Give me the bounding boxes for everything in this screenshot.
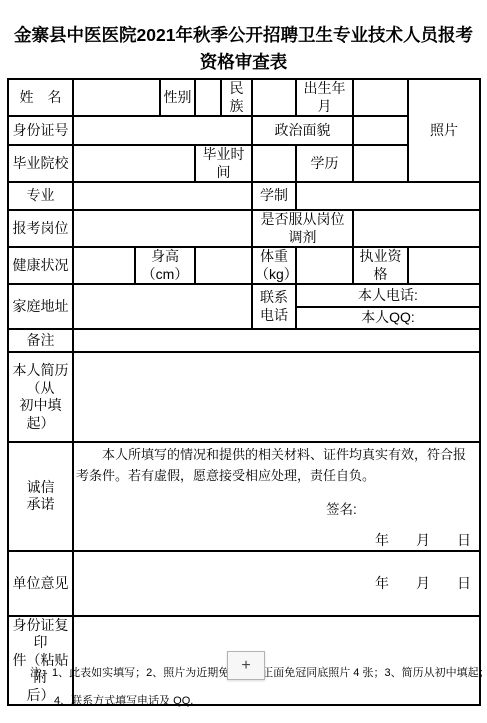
unit-opinion-content-cell: 年 月 日	[73, 551, 480, 616]
document-page: 金寨县中医医院2021年秋季公开招聘卫生专业技术人员报考 资格审查表 姓 名 性…	[0, 0, 487, 723]
schooling-length-value-cell	[296, 182, 480, 210]
home-address-label: 家庭地址	[8, 284, 73, 329]
political-status-value-cell	[353, 116, 408, 145]
integrity-date-line: 年 月 日	[76, 532, 477, 550]
id-number-label: 身份证号	[8, 116, 73, 145]
month-label: 月	[416, 575, 430, 593]
health-status-value-cell	[73, 247, 135, 284]
birth-date-label: 出生年月	[296, 79, 353, 116]
row-major: 专业 学制	[8, 182, 480, 210]
weight-label: 体重 （kg）	[252, 247, 296, 284]
birth-date-value-cell	[353, 79, 408, 116]
major-label: 专业	[8, 182, 73, 210]
unit-opinion-date-line: 年 月 日	[76, 575, 477, 593]
resume-value-cell	[73, 352, 480, 442]
name-label: 姓 名	[8, 79, 73, 116]
unit-opinion-label: 单位意见	[8, 551, 73, 616]
height-label: 身高（cm）	[135, 247, 195, 284]
title-line-2: 资格审查表	[0, 49, 487, 76]
education-value-cell	[353, 145, 408, 182]
graduate-school-label: 毕业院校	[8, 145, 73, 182]
day-label: 日	[457, 532, 471, 550]
graduation-time-value-cell	[252, 145, 296, 182]
applied-position-label: 报考岗位	[8, 210, 73, 247]
row-address-phone: 家庭地址 联系 电话 本人电话:	[8, 284, 480, 307]
plus-button[interactable]: +	[227, 651, 265, 680]
ethnicity-value-cell	[252, 79, 296, 116]
signature-label: 签名:	[76, 502, 477, 519]
personal-phone-cell: 本人电话:	[296, 284, 480, 307]
title-line-1: 金寨县中医医院2021年秋季公开招聘卫生专业技术人员报考	[0, 22, 487, 49]
year-label: 年	[375, 575, 389, 593]
row-remark: 备注	[8, 329, 480, 352]
gender-label: 性别	[160, 79, 195, 116]
practice-qualification-label: 执业资格	[353, 247, 408, 284]
id-number-value-cell	[73, 116, 252, 145]
schooling-length-label: 学制	[252, 182, 296, 210]
document-title: 金寨县中医医院2021年秋季公开招聘卫生专业技术人员报考 资格审查表	[0, 22, 487, 76]
qualification-form-table: 姓 名 性别 民族 出生年月 照片 身份证号 政治面貌 毕业院校 毕业时间 学历…	[7, 78, 481, 706]
resume-label: 本人简历（从 初中填起）	[8, 352, 73, 442]
applied-position-value-cell	[73, 210, 252, 247]
month-label: 月	[416, 532, 430, 550]
obey-adjustment-value-cell	[353, 210, 480, 247]
row-integrity: 诚信 承诺 本人所填写的情况和提供的相关材料、证件均真实有效，符合报考条件。若有…	[8, 442, 480, 551]
footnote-line-2: 4、联系方式填写电话及 QQ.	[30, 694, 487, 709]
remark-value-cell	[73, 329, 480, 352]
gender-value-cell	[195, 79, 221, 116]
obey-adjustment-label: 是否服从岗位调剂	[252, 210, 353, 247]
year-label: 年	[375, 532, 389, 550]
integrity-content-cell: 本人所填写的情况和提供的相关材料、证件均真实有效，符合报考条件。若有虚假，愿意接…	[73, 442, 480, 551]
name-value-cell	[73, 79, 160, 116]
remark-label: 备注	[8, 329, 73, 352]
day-label: 日	[457, 575, 471, 593]
integrity-label: 诚信 承诺	[8, 442, 73, 551]
personal-qq-cell: 本人QQ:	[296, 307, 480, 329]
height-value-cell	[195, 247, 252, 284]
integrity-statement: 本人所填写的情况和提供的相关材料、证件均真实有效，符合报考条件。若有虚假，愿意接…	[76, 445, 477, 487]
graduation-time-label: 毕业时间	[195, 145, 252, 182]
weight-value-cell	[296, 247, 353, 284]
health-status-label: 健康状况	[8, 247, 73, 284]
row-name: 姓 名 性别 民族 出生年月 照片	[8, 79, 480, 116]
home-address-value-cell	[73, 284, 252, 329]
graduate-school-value-cell	[73, 145, 195, 182]
row-unit-opinion: 单位意见 年 月 日	[8, 551, 480, 616]
ethnicity-label: 民族	[221, 79, 252, 116]
row-position: 报考岗位 是否服从岗位调剂	[8, 210, 480, 247]
political-status-label: 政治面貌	[252, 116, 353, 145]
major-value-cell	[73, 182, 252, 210]
row-resume: 本人简历（从 初中填起）	[8, 352, 480, 442]
row-health: 健康状况 身高（cm） 体重 （kg） 执业资格	[8, 247, 480, 284]
contact-phone-label: 联系 电话	[252, 284, 296, 329]
education-label: 学历	[296, 145, 353, 182]
practice-qualification-value-cell	[408, 247, 480, 284]
photo-cell: 照片	[408, 79, 480, 182]
